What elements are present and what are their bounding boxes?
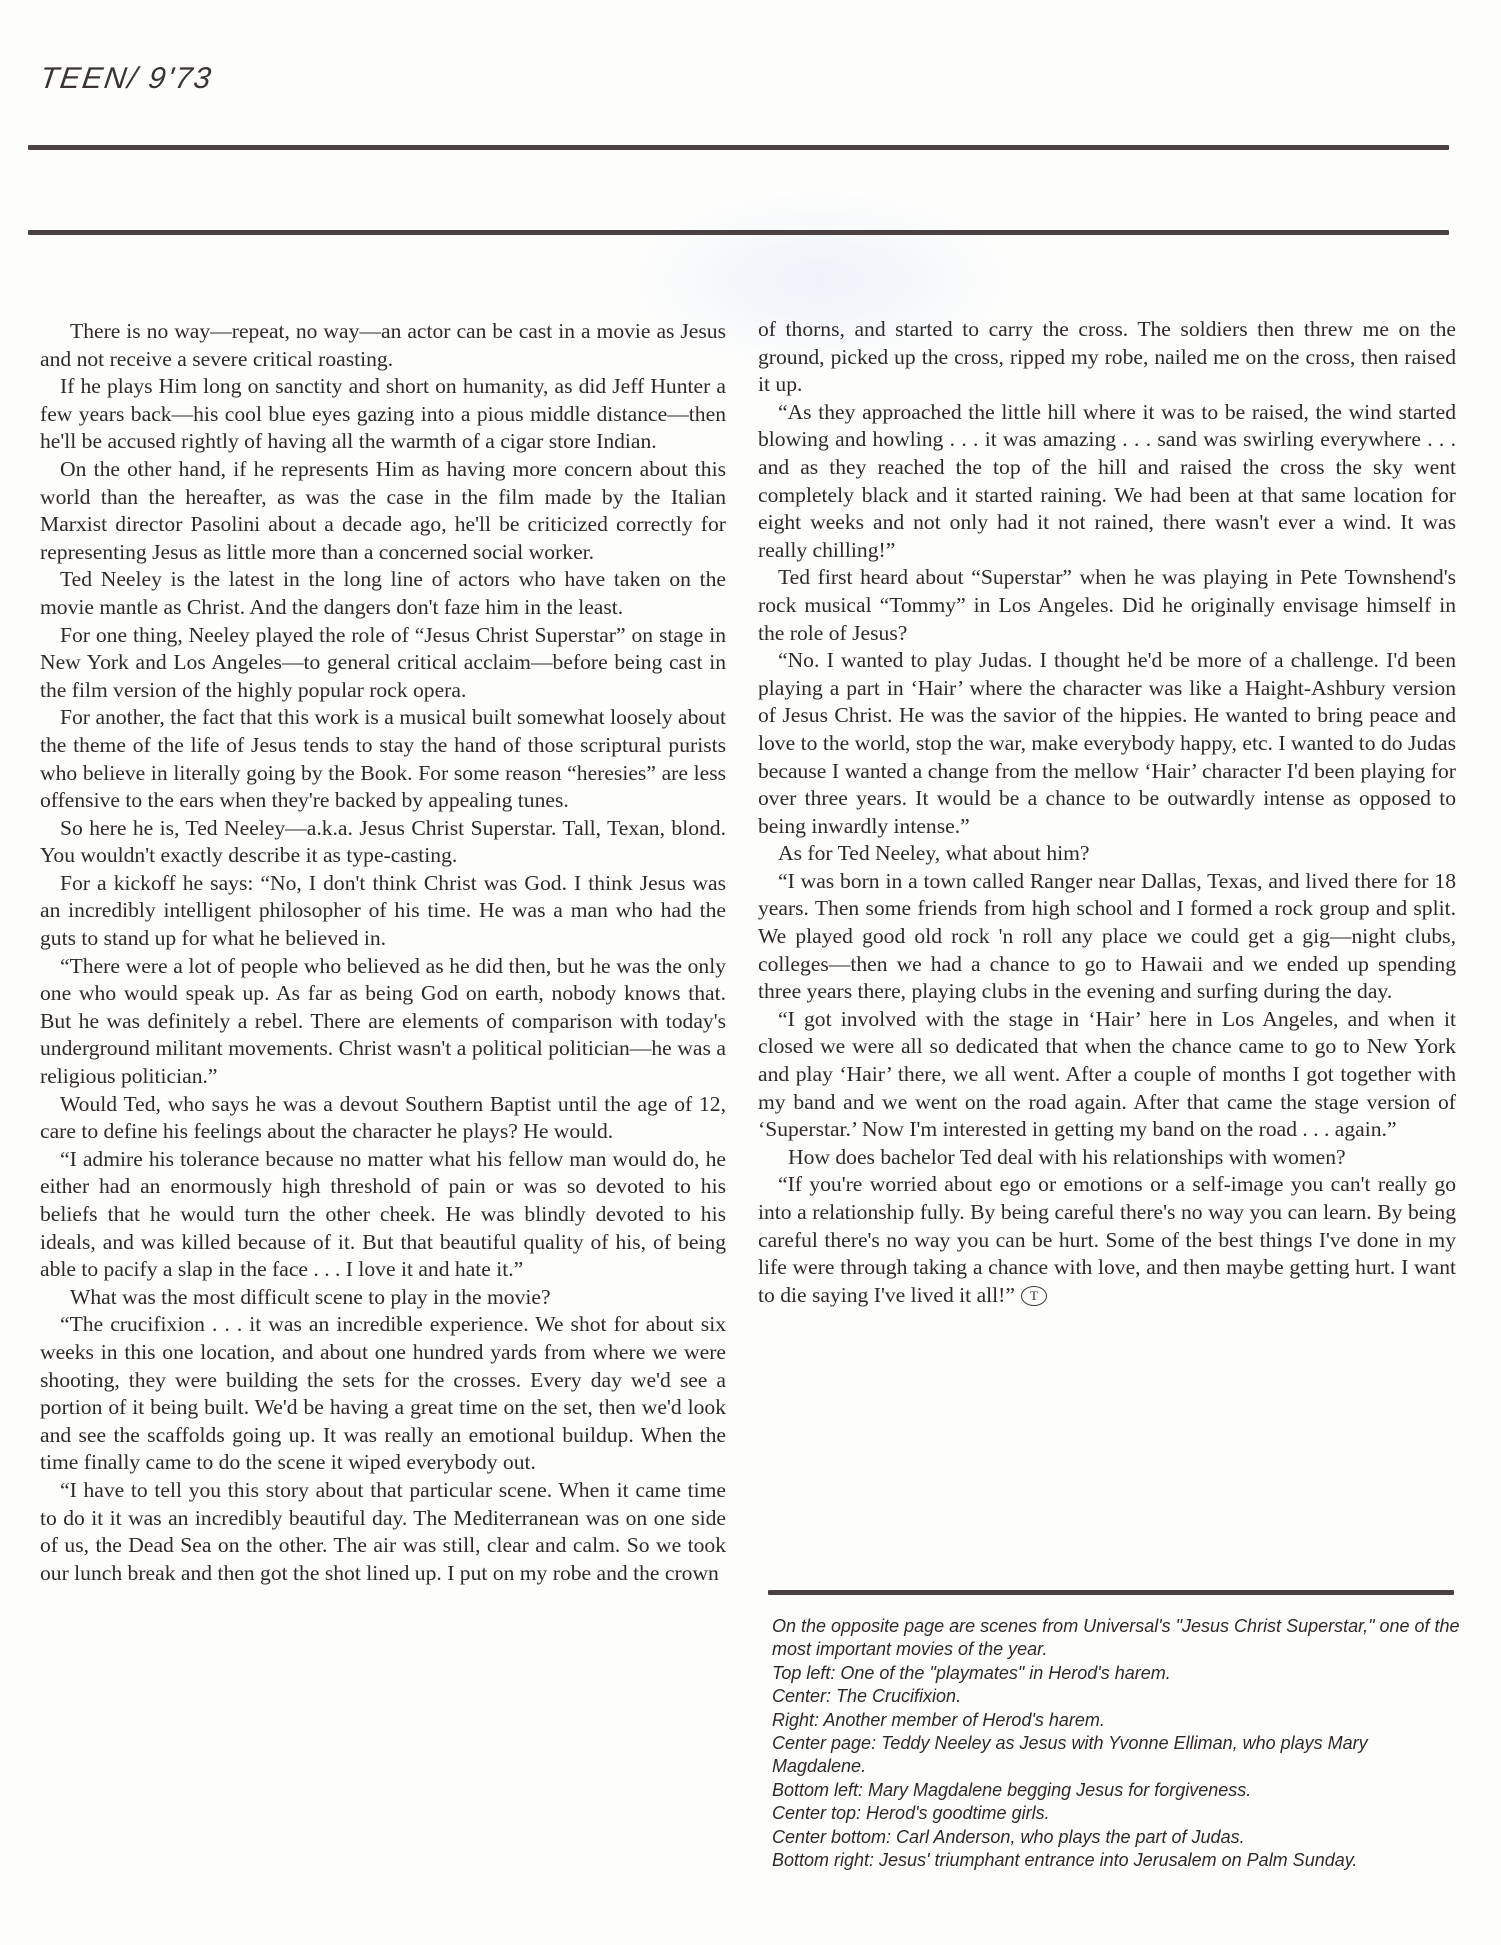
paragraph: “I have to tell you this story about tha… — [40, 1477, 726, 1587]
paragraph: Ted Neeley is the latest in the long lin… — [40, 566, 726, 621]
paragraph: For a kickoff he says: “No, I don't thin… — [40, 870, 726, 953]
caption-line: Top left: One of the "playmates" in Hero… — [772, 1662, 1462, 1685]
caption-line: Center top: Herod's goodtime girls. — [772, 1802, 1462, 1825]
paragraph: “I was born in a town called Ranger near… — [758, 868, 1456, 1006]
paragraph: Would Ted, who says he was a devout Sout… — [40, 1091, 726, 1146]
handwritten-note: TEEN/ 9'73 — [38, 62, 215, 96]
caption-line: Right: Another member of Herod's harem. — [772, 1709, 1462, 1732]
paragraph: of thorns, and started to carry the cros… — [758, 316, 1456, 399]
paragraph: “I got involved with the stage in ‘Hair’… — [758, 1006, 1456, 1144]
paragraph: “I admire his tolerance because no matte… — [40, 1146, 726, 1284]
caption-line: Center page: Teddy Neeley as Jesus with … — [772, 1732, 1462, 1779]
article-right-column: of thorns, and started to carry the cros… — [758, 316, 1456, 1309]
paragraph: For one thing, Neeley played the role of… — [40, 622, 726, 705]
paragraph: As for Ted Neeley, what about him? — [758, 840, 1456, 868]
paragraph: “If you're worried about ego or emotions… — [758, 1171, 1456, 1309]
paragraph: Ted first heard about “Superstar” when h… — [758, 564, 1456, 647]
paragraph: So here he is, Ted Neeley—a.k.a. Jesus C… — [40, 815, 726, 870]
paragraph: How does bachelor Ted deal with his rela… — [758, 1144, 1456, 1172]
paragraph-text: “If you're worried about ego or emotions… — [758, 1172, 1456, 1306]
caption-line: Center bottom: Carl Anderson, who plays … — [772, 1826, 1462, 1849]
paragraph: “No. I wanted to play Judas. I thought h… — [758, 647, 1456, 840]
paragraph: “The crucifixion . . . it was an incredi… — [40, 1311, 726, 1477]
paragraph: For another, the fact that this work is … — [40, 704, 726, 814]
caption-line: Bottom right: Jesus' triumphant entrance… — [772, 1849, 1462, 1872]
paragraph: There is no way—repeat, no way—an actor … — [40, 318, 726, 373]
paragraph: “There were a lot of people who believed… — [40, 953, 726, 1091]
article-left-column: There is no way—repeat, no way—an actor … — [40, 318, 726, 1587]
teen-end-mark-icon: T — [1021, 1286, 1047, 1306]
caption-line: Center: The Crucifixion. — [772, 1685, 1462, 1708]
second-rule — [28, 230, 1449, 235]
caption-line: Bottom left: Mary Magdalene begging Jesu… — [772, 1779, 1462, 1802]
caption-rule — [768, 1590, 1454, 1595]
photo-caption: On the opposite page are scenes from Uni… — [772, 1615, 1462, 1872]
paragraph: On the other hand, if he represents Him … — [40, 456, 726, 566]
paragraph: “As they approached the little hill wher… — [758, 399, 1456, 565]
paragraph: What was the most difficult scene to pla… — [40, 1284, 726, 1312]
paragraph: If he plays Him long on sanctity and sho… — [40, 373, 726, 456]
top-rule — [28, 145, 1449, 150]
caption-line: On the opposite page are scenes from Uni… — [772, 1615, 1462, 1662]
